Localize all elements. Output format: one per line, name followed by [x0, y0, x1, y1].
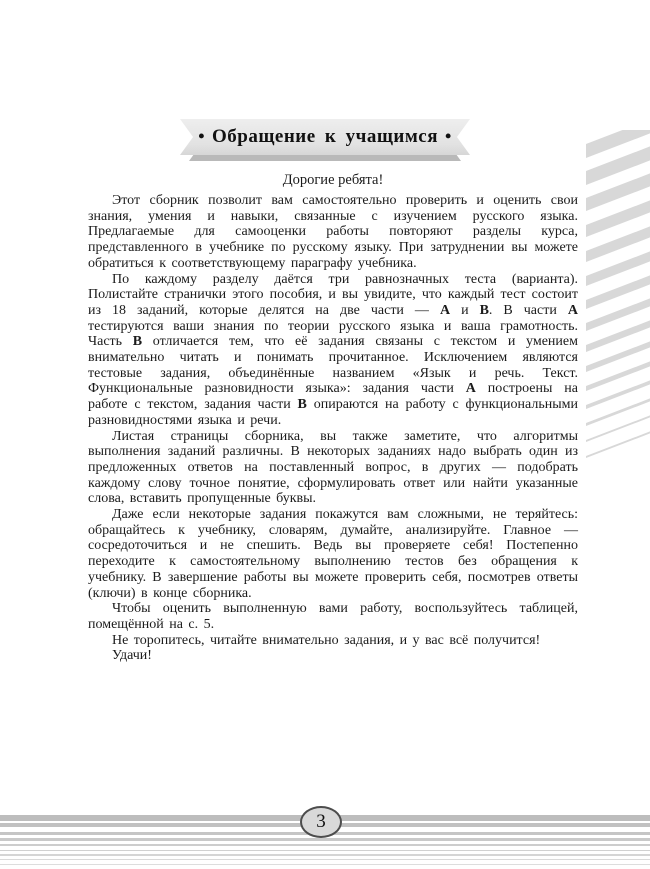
diagonal-stripe	[586, 331, 650, 372]
horizontal-stripe	[0, 844, 650, 846]
diagonal-stripe	[586, 370, 650, 409]
section-banner: •Обращение к учащимся•	[180, 119, 470, 161]
text-run: и	[450, 303, 480, 318]
bold-run: А	[466, 381, 476, 396]
diagonal-stripe	[586, 163, 650, 211]
diagonal-stripe	[586, 388, 650, 426]
bold-run: В	[480, 303, 489, 318]
diagonal-stripe	[586, 136, 650, 185]
diagonal-stripe	[586, 351, 650, 391]
bold-run: А	[440, 303, 450, 318]
page-number: 3	[316, 811, 326, 833]
text-run: Чтобы оценить выполненную вами работу, в…	[88, 601, 578, 632]
diagonal-stripe	[586, 190, 650, 237]
diagonal-stripe	[586, 310, 650, 352]
paragraph: Этот сборник позволит вам самостоятельно…	[88, 193, 578, 272]
diagonal-stripe	[586, 288, 650, 331]
diagonal-stripe	[586, 265, 650, 309]
banner-title-text: Обращение к учащимся	[212, 126, 438, 147]
paragraph: По каждому разделу даётся три равнозначн…	[88, 272, 578, 429]
page-number-badge: 3	[300, 806, 342, 838]
bullet-icon: •	[445, 126, 452, 146]
bold-run: А	[568, 303, 578, 318]
diagonal-stripe	[586, 130, 650, 158]
text-run: Не торопитесь, читайте внимательно задан…	[112, 633, 540, 648]
diagonal-stripe	[586, 405, 650, 442]
paragraph: Не торопитесь, читайте внимательно задан…	[88, 633, 578, 649]
diagonal-stripe	[586, 216, 650, 262]
bold-run: В	[133, 334, 142, 349]
diagonal-stripe	[586, 241, 650, 286]
banner-title: •Обращение к учащимся•	[191, 126, 459, 148]
body-paragraphs: Этот сборник позволит вам самостоятельно…	[88, 193, 578, 664]
text-run: Удачи!	[112, 648, 152, 663]
horizontal-stripe	[0, 850, 650, 852]
horizontal-stripe	[0, 854, 650, 855]
horizontal-stripe	[0, 859, 650, 860]
text-run: . В части	[489, 303, 568, 318]
salutation: Дорогие ребята!	[88, 172, 578, 189]
text-run: Листая страницы сборника, вы также замет…	[88, 429, 578, 507]
horizontal-stripe	[0, 864, 650, 865]
paragraph: Листая страницы сборника, вы также замет…	[88, 429, 578, 508]
diagonal-stripes-decoration	[586, 130, 650, 470]
paragraph: Даже если некоторые задания покажутся ва…	[88, 507, 578, 601]
text-run: Этот сборник позволит вам самостоятельно…	[88, 193, 578, 271]
paragraph: Удачи!	[88, 648, 578, 664]
paragraph: Чтобы оценить выполненную вами работу, в…	[88, 601, 578, 632]
horizontal-stripe	[0, 838, 650, 841]
banner-ribbon: •Обращение к учащимся•	[180, 119, 470, 155]
bold-run: В	[298, 397, 307, 412]
diagonal-stripe	[586, 421, 650, 457]
text-run: Даже если некоторые задания покажутся ва…	[88, 507, 578, 601]
book-page: •Обращение к учащимся• Дорогие ребята! Э…	[0, 0, 650, 869]
bullet-icon: •	[198, 126, 205, 146]
